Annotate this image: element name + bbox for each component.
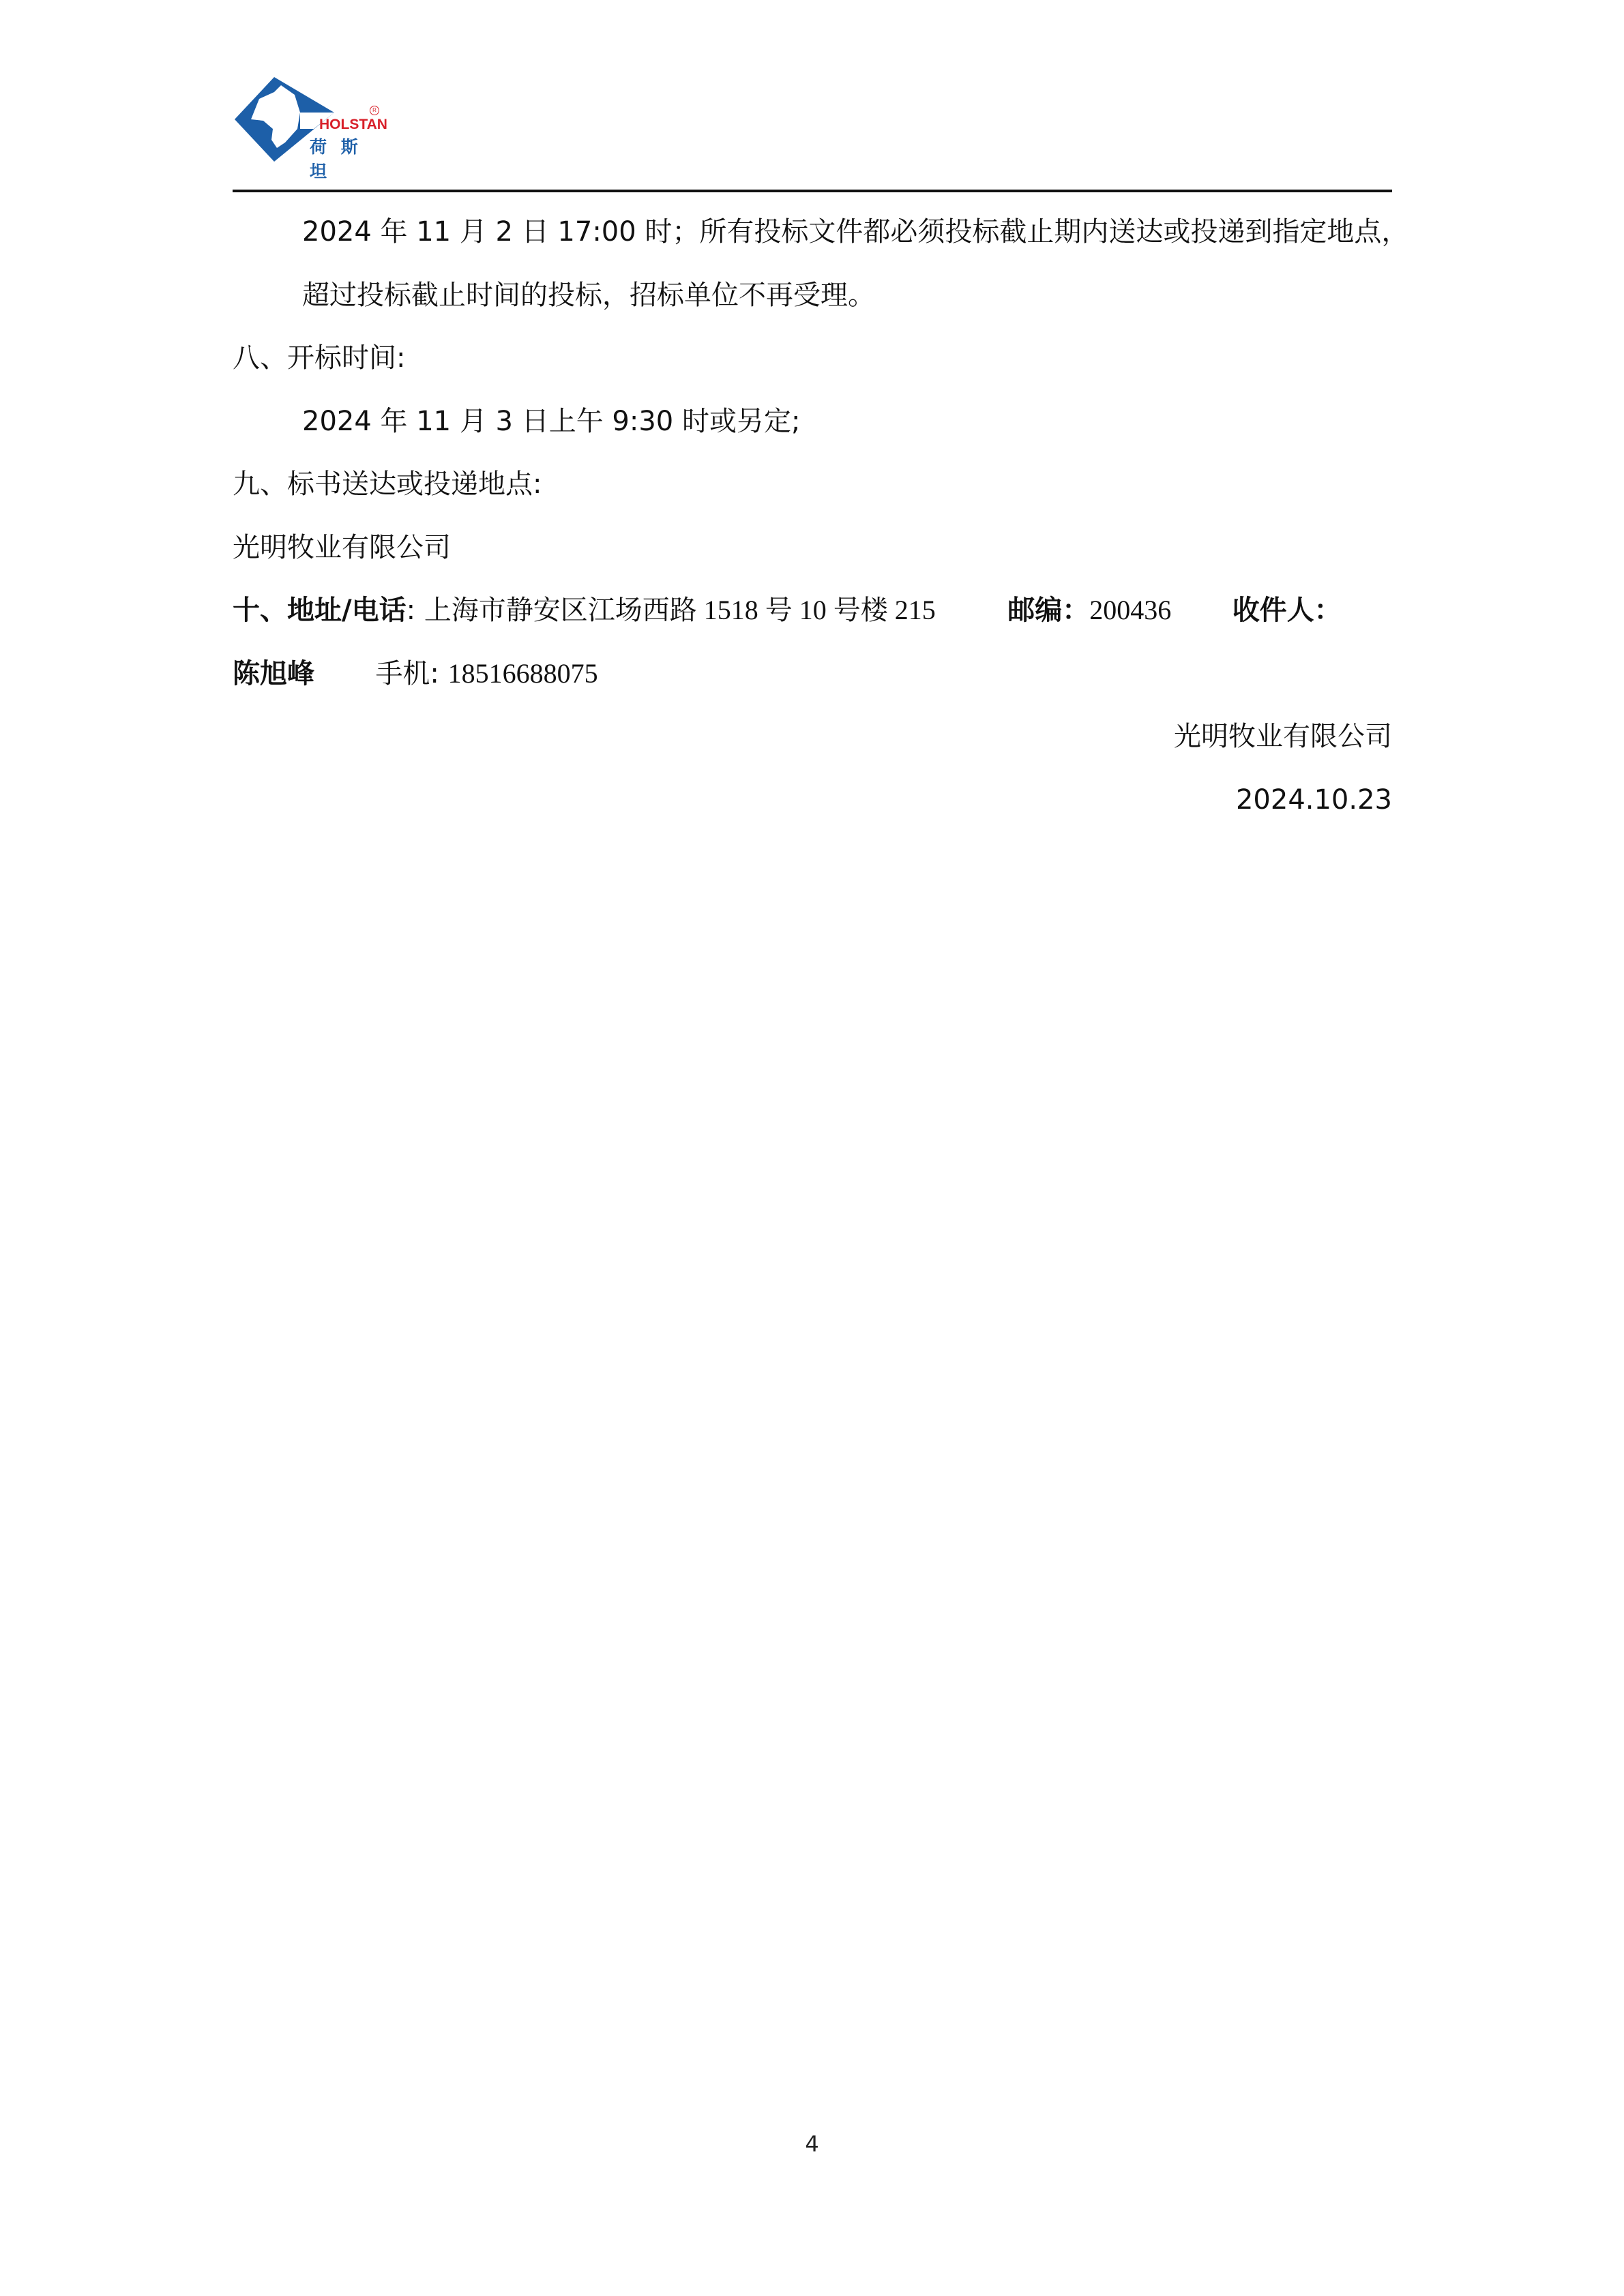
section-8-heading: 八、开标时间: [233,341,405,375]
page-number: 4 [0,2131,1624,2157]
postcode-value: 200436 [1089,595,1171,625]
signature-company: 光明牧业有限公司 [1174,719,1392,754]
logo-brand-en: HOLSTAN [319,117,387,133]
address-line: 十、地址/电话: 上海市静安区江场西路 1518 号 10 号楼 215 邮编：… [233,593,1342,627]
address-value: 上海市静安区江场西路 1518 号 10 号楼 215 [424,595,936,625]
recipient-line: 陈旭峰 手机: 18516688075 [233,657,598,691]
signature-date: 2024.10.23 [1236,783,1392,817]
deadline-text-line-2: 超过投标截止时间的投标，招标单位不再受理。 [302,278,875,312]
logo-brand-cn: 荷 斯 坦 [310,134,389,183]
address-colon: : [407,595,415,626]
recipient-label: 收件人： [1232,595,1342,626]
delivery-company: 光明牧业有限公司 [233,531,451,565]
postcode-label: 邮编： [1007,595,1089,626]
mobile-label: 手机: [375,658,439,689]
deadline-text-line-1: 2024 年 11 月 2 日 17:00 时；所有投标文件都必须投标截止期内送… [302,215,1408,249]
registered-mark-icon: R [370,106,379,115]
bid-opening-time: 2024 年 11 月 3 日上午 9:30 时或另定; [302,404,800,438]
recipient-name: 陈旭峰 [233,658,314,689]
section-10-heading: 十、地址/电话 [233,595,407,626]
section-9-heading: 九、标书送达或投递地点: [233,467,542,501]
company-logo: HOLSTAN R 荷 斯 坦 [232,72,389,167]
mobile-number: 18516688075 [448,658,598,689]
header-rule [233,190,1392,192]
